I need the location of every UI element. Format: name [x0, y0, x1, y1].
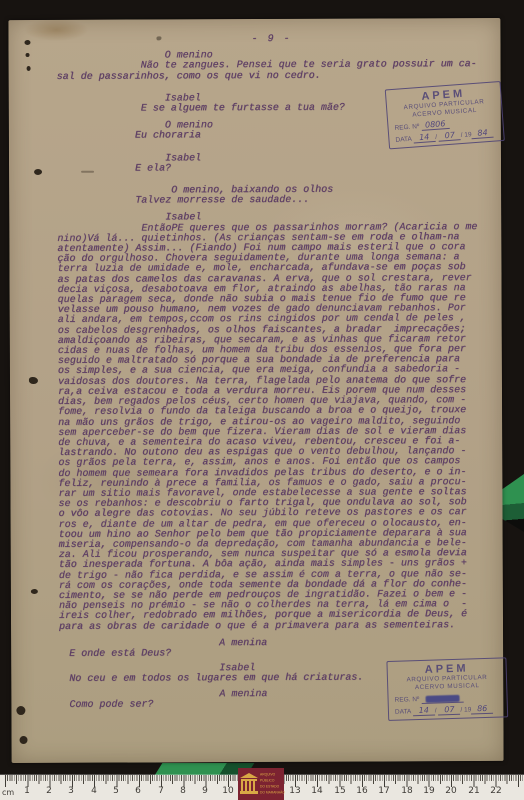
ruler-number: 18	[401, 786, 412, 796]
reg-label: REG. Nº	[395, 696, 420, 704]
ruler-number: 15	[334, 786, 345, 796]
ruler-number: 8	[180, 786, 186, 796]
ink-mark	[27, 66, 31, 71]
ruler-number: 3	[68, 786, 74, 796]
archive-stamp-bottom: APEM ARQUIVO PARTICULAR ACERVO MUSICAL R…	[386, 657, 508, 721]
ruler-number: 17	[378, 786, 389, 796]
logo-text-line: PÚBLICO	[260, 779, 285, 782]
date-label: DATA	[395, 136, 411, 144]
page-number: - 9 -	[56, 34, 486, 46]
dialogue-text: Talvez morresse de saudade...	[57, 195, 487, 207]
dialogue-block-story: Isabel EntãoPE queres que os passarinhos…	[57, 212, 489, 632]
ruler-number: 4	[91, 786, 97, 796]
date-year-handwritten: 86	[471, 705, 493, 715]
ink-mark	[31, 589, 38, 594]
dialogue-block: Isabel E ela?	[57, 153, 487, 175]
dialogue-text: E ela?	[57, 163, 487, 175]
stamp-reg-row: REG. Nº	[394, 693, 500, 705]
scanned-typescript-photo: { "colors":{ "background":"#171310", "pa…	[0, 0, 524, 800]
typescript-page: - 9 - O menino Não te zangues. Pensei qu…	[8, 18, 503, 763]
ruler-unit-label: cm	[2, 788, 14, 797]
ruler-number: 10	[222, 786, 233, 796]
ink-mark	[26, 53, 30, 57]
date-label: DATA	[395, 708, 411, 715]
date-day-handwritten: 14	[413, 133, 436, 144]
ruler-number: 2	[46, 786, 52, 796]
ruler-number: 1	[24, 786, 30, 796]
ink-mark	[24, 40, 30, 45]
stamp-date-row: DATA 14/ 07/ 1986	[395, 705, 501, 717]
ruler-number: 5	[113, 786, 119, 796]
ruler-number: 16	[356, 786, 367, 796]
dialogue-block: O menino, baixando os olhos Talvez morre…	[57, 185, 487, 207]
dialogue-text: Não te zangues. Pensei que te seria grat…	[57, 60, 487, 82]
ruler-number: 7	[158, 786, 164, 796]
ruler-number: 6	[135, 786, 141, 796]
dialogue-text: EntãoPE queres que os passarinhos morram…	[57, 223, 489, 633]
ruler-number: 9	[202, 786, 208, 796]
ruler-number: 20	[445, 786, 456, 796]
archive-stamp-top: APEM ARQUIVO PARTICULAR ACERVO MUSICAL R…	[385, 81, 505, 149]
date-month-handwritten: 07	[439, 131, 462, 142]
logo-text-line: ARQUIVO	[260, 773, 285, 776]
logo-text-line: DO ESTADO	[260, 785, 285, 788]
ink-mark	[29, 377, 38, 384]
ink-mark	[34, 169, 42, 175]
archive-logo-text: ARQUIVO PÚBLICO DO ESTADO DO MARANHÃO	[260, 772, 305, 796]
reg-number-blotted	[421, 694, 463, 704]
dialogue-block: A menina E onde está Deus?	[69, 638, 489, 660]
ink-blot-redaction	[425, 695, 459, 703]
ruler-number: 14	[311, 786, 322, 796]
punch-hole	[16, 706, 25, 715]
logo-text-line: DO MARANHÃO	[260, 791, 285, 794]
reg-label: REG. Nº	[394, 123, 419, 132]
date-year-handwritten: 84	[471, 129, 494, 140]
archive-logo-block: ARQUIVO PÚBLICO DO ESTADO DO MARANHÃO	[238, 768, 284, 800]
archive-building-icon	[240, 773, 258, 795]
date-day-handwritten: 14	[413, 707, 435, 717]
reg-number-handwritten: 0806	[421, 120, 450, 131]
ruler-number: 19	[423, 786, 434, 796]
punch-hole	[20, 736, 28, 744]
dialogue-block: O menino Não te zangues. Pensei que te s…	[57, 50, 487, 82]
ruler-number: 21	[468, 786, 479, 796]
dialogue-text: E onde está Deus?	[69, 648, 489, 660]
date-month-handwritten: 07	[438, 706, 460, 716]
ruler-number: 22	[490, 786, 501, 796]
